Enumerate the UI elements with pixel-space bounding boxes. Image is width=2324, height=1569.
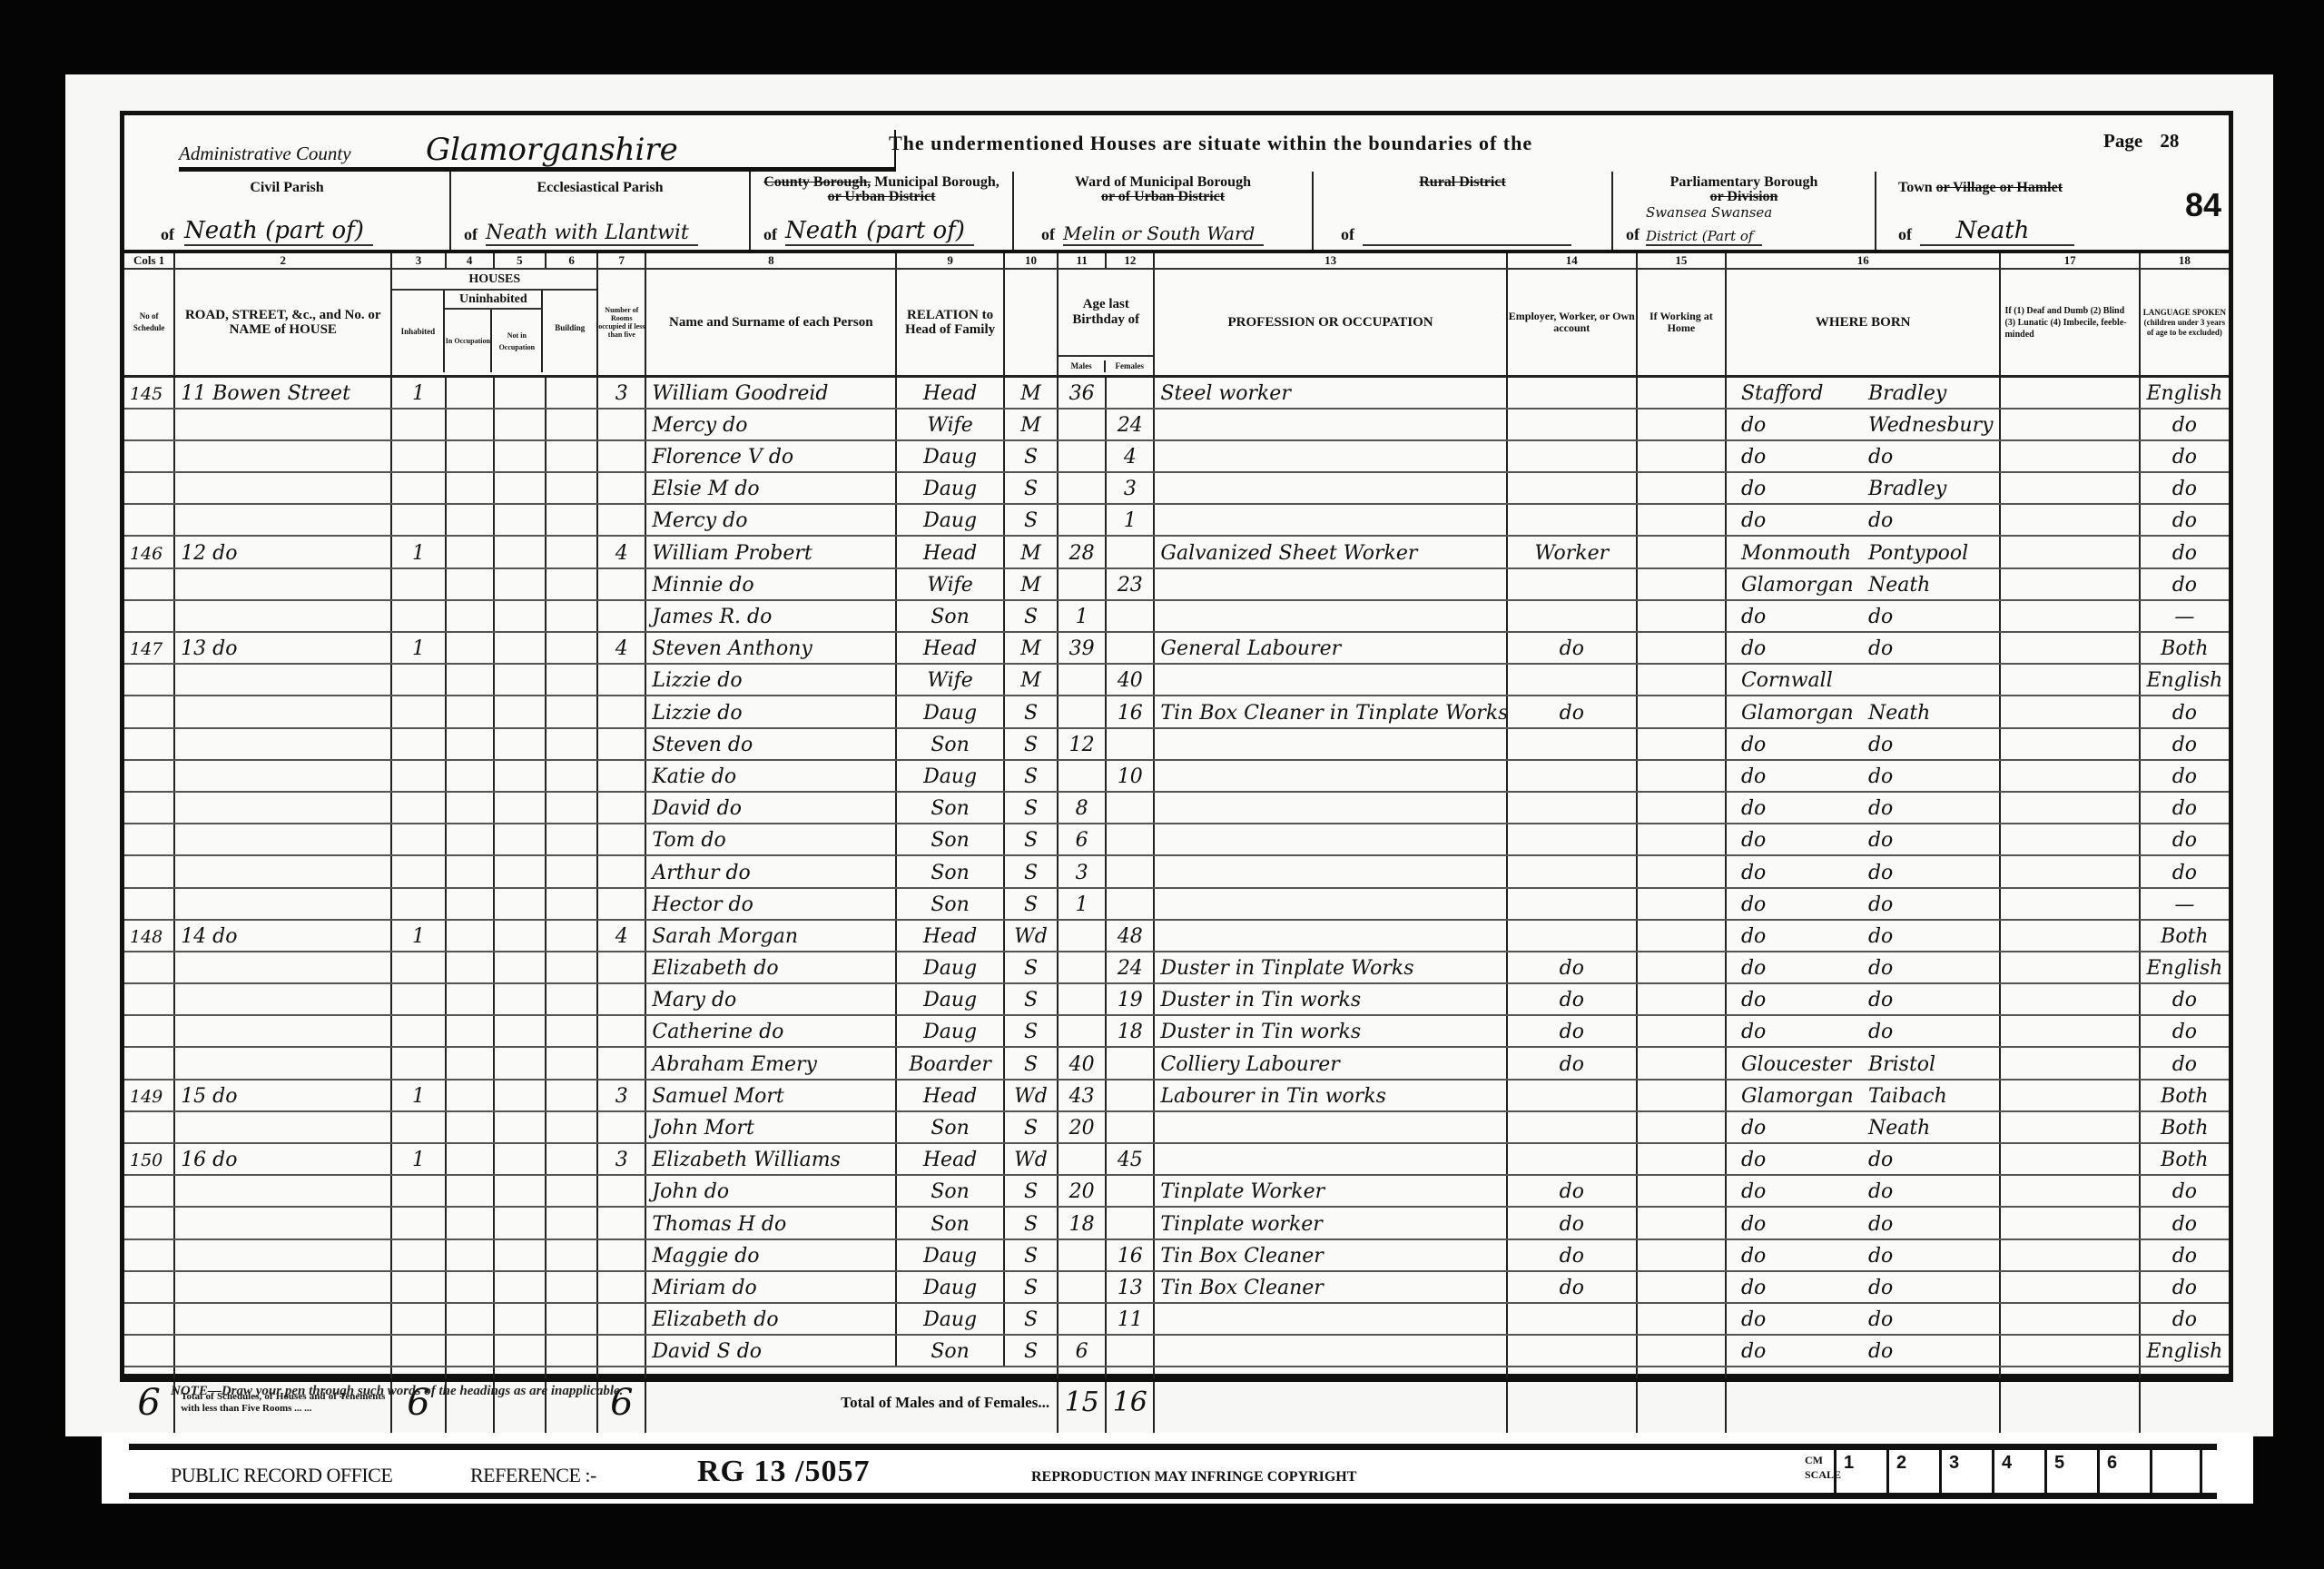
birth-place: Bradley [1868,382,1946,405]
rooms-cell [597,888,645,920]
reference-number: RG 13 /5057 [697,1455,870,1489]
header-schedule: No of Schedule [124,269,174,377]
birth-county: do [1732,892,1868,919]
name-cell: Elizabeth do [645,1303,896,1335]
col-number: 13 [1154,252,1506,269]
language-cell: — [2140,888,2229,920]
in-occupation-cell [446,1080,494,1111]
infirmity-cell [2000,1015,2139,1047]
record-office-label: PUBLIC RECORD OFFICE [171,1464,392,1487]
language-cell: English [2140,952,2229,983]
where-born-cell: dodo [1726,632,2001,664]
condition-cell: S [1004,1047,1058,1079]
condition-cell: S [1004,600,1058,632]
where-born-cell: dodo [1726,600,2001,632]
at-home-cell [1637,1335,1726,1367]
header-females: Females [1106,360,1153,372]
occupation-cell [1154,1143,1506,1175]
address-cell: 13 do [174,632,391,664]
schedule-cell: 149 [124,1080,174,1111]
occupation-cell [1154,409,1506,440]
rooms-cell [597,504,645,536]
condition-cell: S [1004,792,1058,824]
male-age-cell [1058,1303,1106,1335]
relation-cell: Son [896,1335,1004,1367]
infirmity-cell [2000,920,2139,952]
employer-cell [1507,1143,1637,1175]
male-age-cell [1058,664,1106,696]
address-cell [174,1335,391,1367]
male-age-cell: 1 [1058,600,1106,632]
name-cell: James R. do [645,600,896,632]
col-number: 8 [645,252,896,269]
language-cell: do [2140,1271,2229,1303]
header-houses: HOUSES Inhabited Uninhabited In Occupati… [391,269,597,377]
inhabited-cell: 1 [391,920,445,952]
total-houses: 6 [391,1367,445,1437]
address-cell [174,952,391,983]
rural-district-struck: Rural District [1314,175,1611,190]
birth-county: do [1732,412,1868,439]
infirmity-cell [2000,664,2139,696]
relation-cell: Son [896,792,1004,824]
birth-county: do [1732,1338,1868,1366]
female-age-cell: 40 [1106,664,1154,696]
language-cell: do [2140,409,2229,440]
where-born-cell: Cornwall [1726,664,2001,696]
male-age-cell: 40 [1058,1047,1106,1079]
birth-place: do [1868,1308,1893,1331]
ward: Ward of Municipal Borough or of Urban Di… [1014,172,1314,250]
inhabited-cell [391,472,445,504]
language-cell: do [2140,983,2229,1015]
birth-county: Glamorgan [1732,572,1868,599]
col-number: 14 [1507,252,1637,269]
in-occupation-cell [446,760,494,792]
language-cell: Both [2140,1080,2229,1111]
parliamentary-borough-of: of [1626,225,1640,244]
col-number: 3 [391,252,445,269]
table-row: John doSonS20Tinplate Workerdodododo [124,1175,2229,1207]
not-in-occupation-cell [494,920,546,952]
total-tenements: 6 [597,1367,645,1437]
total-building [546,1367,597,1437]
birth-place: Neath [1868,1117,1930,1140]
birth-place: do [1868,829,1893,852]
birth-county: do [1732,604,1868,631]
column-headers-row: No of Schedule ROAD, STREET, &c., and No… [124,269,2229,377]
in-occupation-cell [446,728,494,760]
at-home-cell [1637,632,1726,664]
where-born-cell: dodo [1726,1015,2001,1047]
not-in-occupation-cell [494,504,546,536]
relation-cell: Daug [896,760,1004,792]
relation-cell: Head [896,377,1004,409]
building-cell [546,504,597,536]
table-row: Catherine doDaugS18Duster in Tin worksdo… [124,1015,2229,1047]
address-cell: 12 do [174,536,391,567]
not-in-occupation-cell [494,1207,546,1238]
birth-county: Stafford [1732,380,1868,408]
rooms-cell [597,760,645,792]
name-cell: Minnie do [645,568,896,600]
condition-cell: M [1004,377,1058,409]
col-number: Cols 1 [124,252,174,269]
condition-cell: S [1004,504,1058,536]
employer-cell: do [1507,1175,1637,1207]
header-not-in-occupation: Not in Occupation [492,310,543,372]
female-age-cell: 16 [1106,696,1154,727]
birth-place: do [1868,765,1893,788]
table-row: Hector doSonS1dodo— [124,888,2229,920]
schedule-cell [124,600,174,632]
total-males: 15 [1058,1367,1106,1437]
ward-urban-struck: or of Urban District [1014,190,1312,204]
birth-place: do [1868,925,1893,948]
relation-cell: Daug [896,504,1004,536]
infirmity-cell [2000,1207,2139,1238]
name-cell: Samuel Mort [645,1080,896,1111]
inhabited-cell [391,504,445,536]
male-age-cell [1058,696,1106,727]
male-age-cell: 1 [1058,888,1106,920]
schedule-cell: 145 [124,377,174,409]
language-cell: do [2140,1207,2229,1238]
rooms-cell [597,1207,645,1238]
rooms-cell [597,983,645,1015]
condition-cell: M [1004,409,1058,440]
table-row: Steven doSonS12dododo [124,728,2229,760]
in-occupation-cell [446,920,494,952]
not-in-occupation-cell [494,632,546,664]
in-occupation-cell [446,1111,494,1143]
town-of: of [1898,225,1912,244]
inhabited-cell [391,1271,445,1303]
language-cell: do [2140,472,2229,504]
condition-cell: S [1004,440,1058,472]
where-born-cell: dodo [1726,440,2001,472]
occupation-cell [1154,664,1506,696]
relation-cell: Daug [896,1303,1004,1335]
building-cell [546,409,597,440]
rooms-cell: 3 [597,1080,645,1111]
birth-place: do [1868,606,1893,628]
building-cell [546,1080,597,1111]
schedule-cell [124,760,174,792]
condition-cell: M [1004,568,1058,600]
birth-place: Taibach [1868,1085,1947,1108]
address-cell: 16 do [174,1143,391,1175]
condition-cell: S [1004,760,1058,792]
in-occupation-cell [446,1015,494,1047]
birth-county: do [1732,732,1868,759]
table-row: Elizabeth doDaugS11dododo [124,1303,2229,1335]
male-age-cell [1058,1143,1106,1175]
language-cell: do [2140,536,2229,567]
relation-cell: Wife [896,664,1004,696]
schedule-cell: 148 [124,920,174,952]
address-cell [174,792,391,824]
where-born-cell: dodo [1726,1143,2001,1175]
rooms-cell [597,664,645,696]
address-cell [174,1111,391,1143]
language-cell: do [2140,1303,2229,1335]
schedule-cell: 150 [124,1143,174,1175]
civil-parish: Civil Parish of Neath (part of) [124,172,451,250]
rooms-cell [597,792,645,824]
in-occupation-cell [446,632,494,664]
occupation-cell: Tinplate worker [1154,1207,1506,1238]
col-number: 18 [2140,252,2229,269]
page-indicator: Page 28 [2103,130,2179,153]
infirmity-cell [2000,504,2139,536]
name-cell: Mary do [645,983,896,1015]
name-cell: Lizzie do [645,664,896,696]
at-home-cell [1637,1207,1726,1238]
birth-place: do [1868,1180,1893,1203]
where-born-cell: dodo [1726,983,2001,1015]
at-home-cell [1637,1015,1726,1047]
building-cell [546,1207,597,1238]
ward-value: Melin or South Ward [1063,222,1264,246]
rooms-cell: 3 [597,1143,645,1175]
not-in-occupation-cell [494,1080,546,1111]
employer-cell [1507,472,1637,504]
occupation-cell: Duster in Tin works [1154,983,1506,1015]
header-males: Males [1059,360,1106,372]
employer-cell [1507,824,1637,855]
female-age-cell: 13 [1106,1271,1154,1303]
in-occupation-cell [446,792,494,824]
female-age-cell: 1 [1106,504,1154,536]
col-number: 9 [896,252,1004,269]
where-born-cell: dodo [1726,1175,2001,1207]
female-age-cell [1106,1207,1154,1238]
birth-place: Wednesbury [1868,414,1994,437]
female-age-cell: 23 [1106,568,1154,600]
in-occupation-cell [446,1239,494,1271]
in-occupation-cell [446,888,494,920]
occupation-cell: Colliery Labourer [1154,1047,1506,1079]
building-cell [546,1047,597,1079]
birth-county: do [1732,444,1868,471]
female-age-cell: 24 [1106,409,1154,440]
col-number: 10 [1004,252,1058,269]
where-born-cell: dodo [1726,1271,2001,1303]
infirmity-cell [2000,536,2139,567]
inhabited-cell: 1 [391,1143,445,1175]
municipal-borough-label: Municipal Borough, [874,174,1000,190]
header-in-occupation: In Occupation [445,310,492,372]
address-cell [174,1303,391,1335]
name-cell: Mercy do [645,409,896,440]
col-number: 7 [597,252,645,269]
parliamentary-borough-value-2: District (Part of [1646,228,1762,246]
schedule-cell [124,440,174,472]
birth-place: do [1868,797,1893,820]
total-in-occupation [446,1367,494,1437]
total-sex-label: Total of Males and of Females... [645,1367,1058,1437]
condition-cell: S [1004,696,1058,727]
at-home-cell [1637,888,1726,920]
total-schedules-label: Total of Schedules, of Houses and of Ten… [174,1367,391,1437]
header-relation: RELATION to Head of Family [896,269,1004,377]
relation-cell: Head [896,1080,1004,1111]
table-row: David S doSonS6dodoEnglish [124,1335,2229,1367]
rooms-cell [597,1335,645,1367]
table-row: 14915 do13Samuel MortHeadWd43Labourer in… [124,1080,2229,1111]
not-in-occupation-cell [494,1111,546,1143]
address-cell [174,1207,391,1238]
address-cell [174,824,391,855]
employer-cell [1507,504,1637,536]
address-cell [174,855,391,887]
building-cell [546,568,597,600]
infirmity-cell [2000,696,2139,727]
employer-cell [1507,600,1637,632]
name-cell: Maggie do [645,1239,896,1271]
building-cell [546,600,597,632]
employer-cell [1507,1080,1637,1111]
female-age-cell: 45 [1106,1143,1154,1175]
birth-place: Bristol [1868,1053,1935,1076]
infirmity-cell [2000,1111,2139,1143]
language-cell: do [2140,1047,2229,1079]
rooms-cell [597,855,645,887]
inhabited-cell: 1 [391,1080,445,1111]
col-number: 2 [174,252,391,269]
female-age-cell [1106,1080,1154,1111]
town-label: Town [1898,180,1933,195]
male-age-cell: 43 [1058,1080,1106,1111]
condition-cell: S [1004,1015,1058,1047]
infirmity-cell [2000,568,2139,600]
table-row: Lizzie doWifeM40CornwallEnglish [124,664,2229,696]
female-age-cell [1106,1047,1154,1079]
birth-place: do [1868,1149,1893,1171]
where-born-cell: dodo [1726,855,2001,887]
infirmity-cell [2000,824,2139,855]
table-row: Miriam doDaugS13Tin Box Cleanerdodododo [124,1271,2229,1303]
female-age-cell [1106,792,1154,824]
civil-parish-of: of [161,225,174,244]
town-value: Neath [1920,217,2074,246]
building-cell [546,792,597,824]
address-cell: 15 do [174,1080,391,1111]
rural-district-of: of [1341,225,1354,244]
name-cell: David S do [645,1335,896,1367]
infirmity-cell [2000,1271,2139,1303]
language-cell: do [2140,728,2229,760]
occupation-cell: Tin Box Cleaner [1154,1271,1506,1303]
infirmity-cell [2000,983,2139,1015]
occupation-cell [1154,1335,1506,1367]
municipal-borough: County Borough, Municipal Borough, or Ur… [751,172,1014,250]
infirmity-cell [2000,472,2139,504]
occupation-cell [1154,440,1506,472]
where-born-cell: dodo [1726,824,2001,855]
schedule-cell [124,664,174,696]
birth-county: do [1732,827,1868,854]
relation-cell: Wife [896,409,1004,440]
name-cell: Steven do [645,728,896,760]
in-occupation-cell [446,377,494,409]
total-blank [1507,1367,1637,1437]
building-cell [546,888,597,920]
language-cell: do [2140,440,2229,472]
condition-cell: S [1004,1239,1058,1271]
schedule-cell [124,409,174,440]
female-age-cell: 18 [1106,1015,1154,1047]
employer-cell [1507,920,1637,952]
at-home-cell [1637,1047,1726,1079]
municipal-borough-of: of [763,225,777,244]
birth-place: Neath [1868,574,1930,597]
occupation-cell: Duster in Tin works [1154,1015,1506,1047]
ecclesiastical-parish-value: Neath with Llantwit [486,222,698,246]
table-row: John MortSonS20doNeathBoth [124,1111,2229,1143]
relation-cell: Daug [896,1271,1004,1303]
schedule-cell [124,1239,174,1271]
birth-place: Bradley [1868,478,1946,500]
address-cell [174,760,391,792]
where-born-cell: dodo [1726,792,2001,824]
at-home-cell [1637,760,1726,792]
building-cell [546,952,597,983]
language-cell: do [2140,792,2229,824]
in-occupation-cell [446,696,494,727]
rural-district-value [1363,228,1571,246]
schedule-cell [124,696,174,727]
header-building: Building [543,284,596,372]
language-cell: Both [2140,920,2229,952]
inhabited-cell [391,1111,445,1143]
rooms-cell [597,696,645,727]
name-cell: Florence V do [645,440,896,472]
birth-place: do [1868,509,1893,532]
building-cell [546,440,597,472]
in-occupation-cell [446,1335,494,1367]
schedule-cell [124,1111,174,1143]
infirmity-cell [2000,1047,2139,1079]
infirmity-cell [2000,760,2139,792]
in-occupation-cell [446,1175,494,1207]
female-age-cell [1106,536,1154,567]
name-cell: Thomas H do [645,1207,896,1238]
female-age-cell: 10 [1106,760,1154,792]
female-age-cell: 3 [1106,472,1154,504]
condition-cell: S [1004,824,1058,855]
building-cell [546,824,597,855]
totals-row: 6Total of Schedules, of Houses and of Te… [124,1367,2229,1437]
in-occupation-cell [446,504,494,536]
inhabited-cell [391,760,445,792]
language-cell: English [2140,377,2229,409]
table-row: David doSonS8dododo [124,792,2229,824]
schedule-cell [124,1207,174,1238]
col-number: 11 [1058,252,1106,269]
not-in-occupation-cell [494,568,546,600]
inhabited-cell [391,568,445,600]
inhabited-cell: 1 [391,632,445,664]
address-cell [174,664,391,696]
headings-note: NOTE—Draw your pen through such words of… [171,1384,623,1399]
employer-cell [1507,409,1637,440]
employer-cell: do [1507,1239,1637,1271]
at-home-cell [1637,792,1726,824]
header-age: Age last Birthday of Males Females [1058,269,1154,377]
female-age-cell [1106,600,1154,632]
